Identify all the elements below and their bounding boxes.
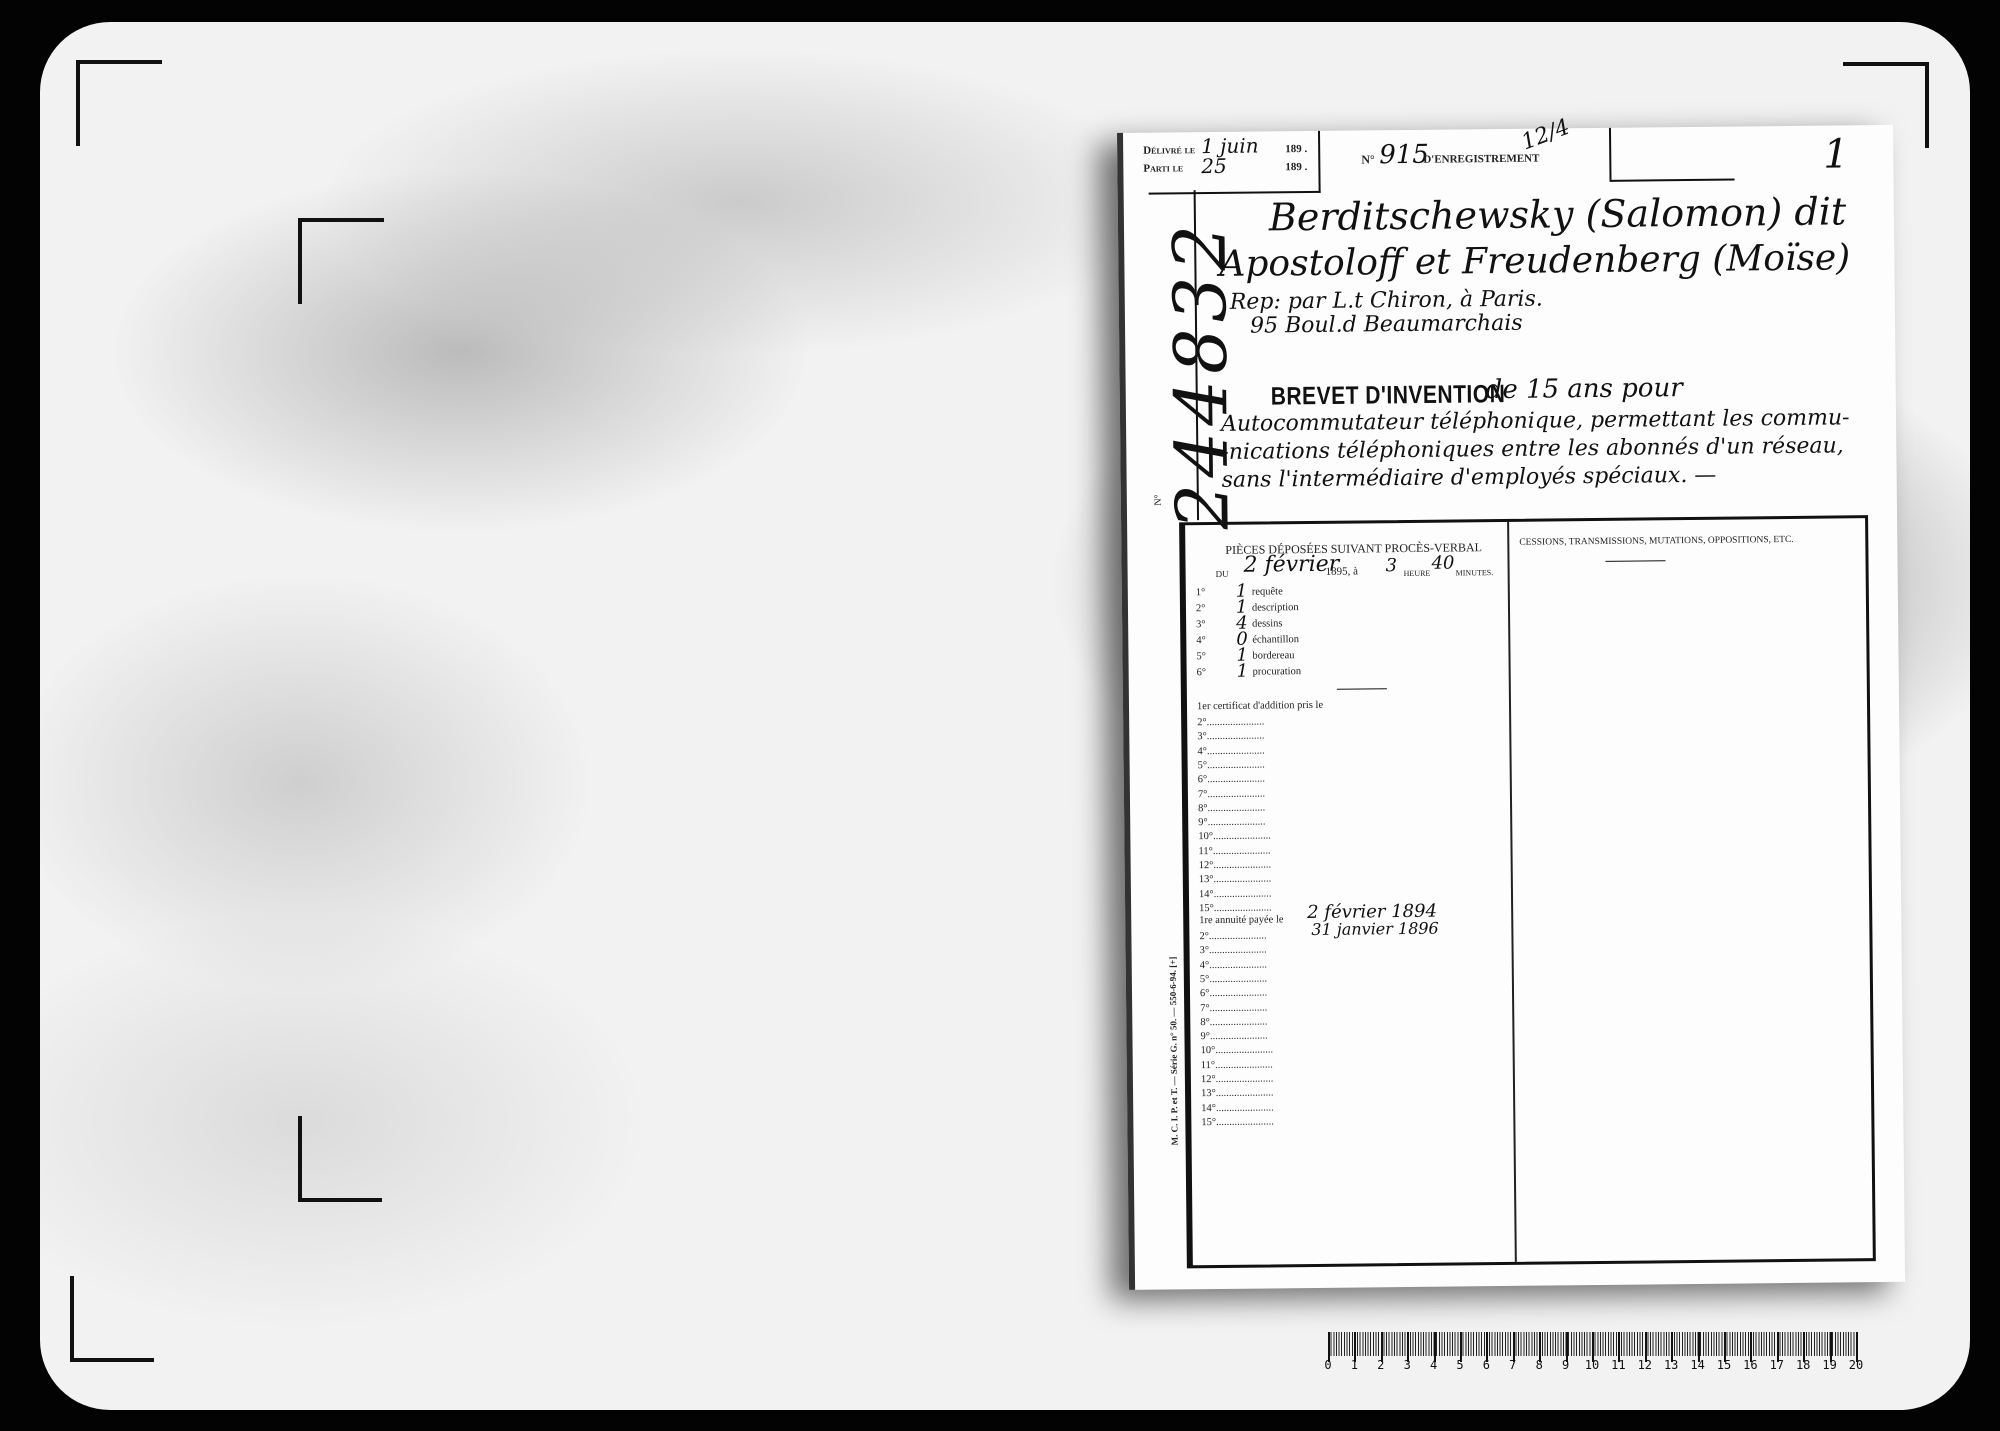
certificat-row: 5°......................: [1198, 759, 1265, 771]
annuite-row: 9°......................: [1200, 1031, 1267, 1043]
ruler-label: 11: [1611, 1358, 1625, 1372]
annuite-row: 3°......................: [1200, 945, 1267, 957]
piece-row: 5°: [1196, 651, 1206, 662]
piece-count: 1: [1237, 661, 1249, 682]
applicant-line-1: Berditschewsky (Salomon) dit: [1269, 189, 1847, 239]
corner-mark-inner-bottom-left: [298, 1116, 382, 1202]
deposit-hour: 3: [1385, 555, 1397, 576]
ruler-label: 18: [1796, 1358, 1810, 1372]
ruler-label: 2: [1377, 1358, 1384, 1372]
certificat-row: 8°......................: [1198, 802, 1265, 814]
certificat-row: 14°......................: [1199, 888, 1272, 900]
piece-label: échantillon: [1252, 634, 1299, 645]
brevet-title: BREVET D'INVENTION: [1271, 381, 1506, 412]
cessions-rule: [1606, 560, 1666, 562]
ruler-label: 5: [1456, 1358, 1463, 1372]
piece-row: 6°: [1197, 667, 1207, 678]
annuite-first-label: 1re annuité payée le: [1199, 914, 1283, 926]
certificat-row: 10°......................: [1198, 831, 1271, 843]
patent-record-sheet: Délivré le 1 juin 189 . Parti le 25 189 …: [1117, 125, 1905, 1290]
patent-number-prefix: N°: [1153, 494, 1164, 505]
deposit-form: M. C. I. P. et T. — Série G. n° 50. — 55…: [1179, 515, 1876, 1268]
registration-no-label: N°: [1361, 152, 1375, 167]
ruler-label: 6: [1483, 1358, 1490, 1372]
certificat-row: 9°......................: [1198, 817, 1265, 829]
deposit-minutes: 40: [1431, 552, 1454, 573]
certificat-row: 7°......................: [1198, 788, 1265, 800]
piece-label: dessins: [1252, 618, 1282, 629]
certificat-row: 2°......................: [1197, 716, 1264, 728]
printer-mark: M. C. I. P. et T. — Série G. n° 50. — 55…: [1168, 957, 1180, 1146]
annuite-row: 15°......................: [1201, 1116, 1274, 1128]
corner-mark-inner-top-left: [298, 218, 384, 304]
invention-line-1: Autocommutateur téléphonique, permettant…: [1221, 405, 1850, 437]
section-rule: [1337, 688, 1387, 690]
cessions-heading: CESSIONS, TRANSMISSIONS, MUTATIONS, OPPO…: [1519, 535, 1793, 548]
minutes-label: MINUTES.: [1456, 568, 1494, 577]
box-bottom-line: [1610, 179, 1735, 182]
deposit-year: 1895, à: [1326, 566, 1359, 578]
piece-row: 2°: [1196, 603, 1206, 614]
ruler-label: 9: [1562, 1358, 1569, 1372]
applicant-line-4: 95 Boul.d Beaumarchais: [1250, 311, 1523, 339]
parti-label: Parti le: [1143, 162, 1183, 174]
parti-year: 189 .: [1285, 161, 1307, 173]
corner-mark-bottom-left: [70, 1276, 154, 1362]
heure-label: HEURE: [1404, 569, 1431, 578]
ruler-label: 20: [1849, 1358, 1863, 1372]
certificat-row: 3°......................: [1197, 731, 1264, 743]
parti-value: 25: [1201, 154, 1227, 178]
piece-label: requête: [1252, 586, 1283, 597]
box-left-line: [1609, 128, 1612, 180]
ruler-label: 15: [1717, 1358, 1731, 1372]
ruler-label: 13: [1664, 1358, 1678, 1372]
measurement-ruler: 01234567891011121314151617181920: [1324, 1328, 1860, 1378]
applicant-line-2: Apostoloff et Freudenberg (Moïse): [1219, 237, 1850, 285]
ruler-label: 8: [1536, 1358, 1543, 1372]
ruler-label: 17: [1770, 1358, 1784, 1372]
ruler-label: 1: [1351, 1358, 1358, 1372]
certificat-row: 13°......................: [1199, 874, 1272, 886]
delivre-label: Délivré le: [1143, 144, 1195, 157]
certificat-row: 11°......................: [1198, 845, 1270, 857]
ruler-label: 10: [1585, 1358, 1599, 1372]
annuite-row: 2°......................: [1199, 930, 1266, 942]
annuite-row: 10°......................: [1201, 1045, 1274, 1057]
certificat-first-label: 1er certificat d'addition pris le: [1197, 700, 1323, 712]
certificat-row: 12°......................: [1199, 859, 1272, 871]
annuite-row: 11°......................: [1201, 1059, 1273, 1071]
annuite-row: 7°......................: [1200, 1002, 1267, 1014]
registration-no-value: 915: [1379, 140, 1429, 171]
invention-line-2: -nications téléphoniques entre les abonn…: [1221, 433, 1844, 465]
ruler-label: 3: [1404, 1358, 1411, 1372]
piece-label: bordereau: [1252, 650, 1294, 661]
annuite-second-date: 31 janvier 1896: [1311, 919, 1439, 939]
du-label: DU: [1216, 569, 1229, 579]
brevet-duration: de 15 ans pour: [1486, 373, 1683, 405]
piece-label: procuration: [1253, 666, 1302, 678]
enregistrement-label: D'ENREGISTREMENT: [1423, 153, 1539, 166]
delivre-year: 189 .: [1285, 143, 1307, 155]
ruler-label: 7: [1509, 1358, 1516, 1372]
ruler-label: 12: [1638, 1358, 1652, 1372]
certificat-row: 15°......................: [1199, 902, 1272, 914]
annuite-row: 4°......................: [1200, 959, 1267, 971]
annuite-row: 14°......................: [1201, 1102, 1274, 1114]
annuite-row: 5°......................: [1200, 973, 1267, 985]
ruler-label: 0: [1324, 1358, 1331, 1372]
piece-label: description: [1252, 602, 1299, 613]
piece-row: 4°: [1196, 635, 1206, 646]
ruler-label: 16: [1743, 1358, 1757, 1372]
piece-row: 3°: [1196, 619, 1206, 630]
annuite-row: 13°......................: [1201, 1088, 1274, 1100]
header-underline: [1149, 191, 1321, 195]
ruler-label: 4: [1430, 1358, 1437, 1372]
annuite-row: 6°......................: [1200, 988, 1267, 1000]
invention-line-3: sans l'intermédiaire d'employés spéciaux…: [1222, 463, 1717, 493]
certificat-row: 4°......................: [1197, 745, 1264, 757]
ruler-label: 14: [1690, 1358, 1704, 1372]
annuite-row: 12°......................: [1201, 1073, 1274, 1085]
ruler-label: 19: [1822, 1358, 1836, 1372]
column-separator: [1507, 522, 1517, 1262]
corner-mark-top-left: [76, 60, 162, 146]
piece-row: 1°: [1196, 587, 1206, 598]
annuite-row: 8°......................: [1200, 1016, 1267, 1028]
folio-number: 1: [1823, 131, 1849, 177]
header-divider: [1318, 131, 1321, 193]
certificat-row: 6°......................: [1198, 774, 1265, 786]
